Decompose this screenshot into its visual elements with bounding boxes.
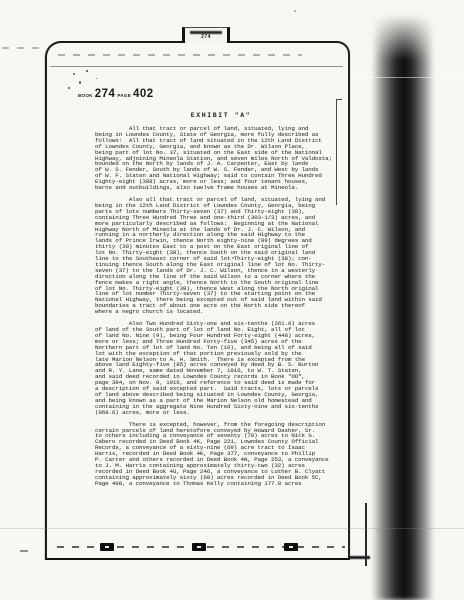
paragraph-exceptions: There is excepted, however, from the for… xyxy=(95,422,351,487)
legal-description: All that tract or parcel of land, situat… xyxy=(95,126,351,493)
scan-dash-artifact xyxy=(2,47,44,49)
page-border-right-extension xyxy=(365,503,367,566)
stamp-page-number: 402 xyxy=(133,88,154,100)
scanned-document: 274 BOOK 274 PAGE 402 EXHIBIT "A" All th… xyxy=(0,0,464,600)
inner-rule-line xyxy=(50,66,343,67)
book-page-stamp: BOOK 274 PAGE 402 xyxy=(78,88,154,100)
tab-smudge-mark xyxy=(190,31,222,35)
paragraph-tract-3: Also Two Hundred Sixty-one and six-tenth… xyxy=(95,321,351,416)
binder-hole xyxy=(192,543,206,551)
paragraph-tract-1: All that tract or parcel of land, situat… xyxy=(95,126,351,191)
tab-number: 274 xyxy=(201,35,211,40)
scan-fold-line xyxy=(0,528,464,529)
exhibit-title: EXHIBIT "A" xyxy=(95,112,347,119)
scan-artifact-bar xyxy=(372,14,434,600)
binder-hole xyxy=(100,543,114,551)
stamp-page-label: PAGE xyxy=(117,93,131,98)
stamp-book-number: 274 xyxy=(95,88,116,100)
page-border-bottom-extension xyxy=(349,556,370,559)
scan-dash-artifact xyxy=(58,54,302,56)
paragraph-tract-2: Also all that tract or parcel of land, s… xyxy=(95,197,351,315)
stamp-book-label: BOOK xyxy=(78,93,93,98)
scan-artifact-hairline xyxy=(340,77,464,78)
index-tab: 274 xyxy=(182,27,230,43)
binder-hole xyxy=(284,543,298,551)
